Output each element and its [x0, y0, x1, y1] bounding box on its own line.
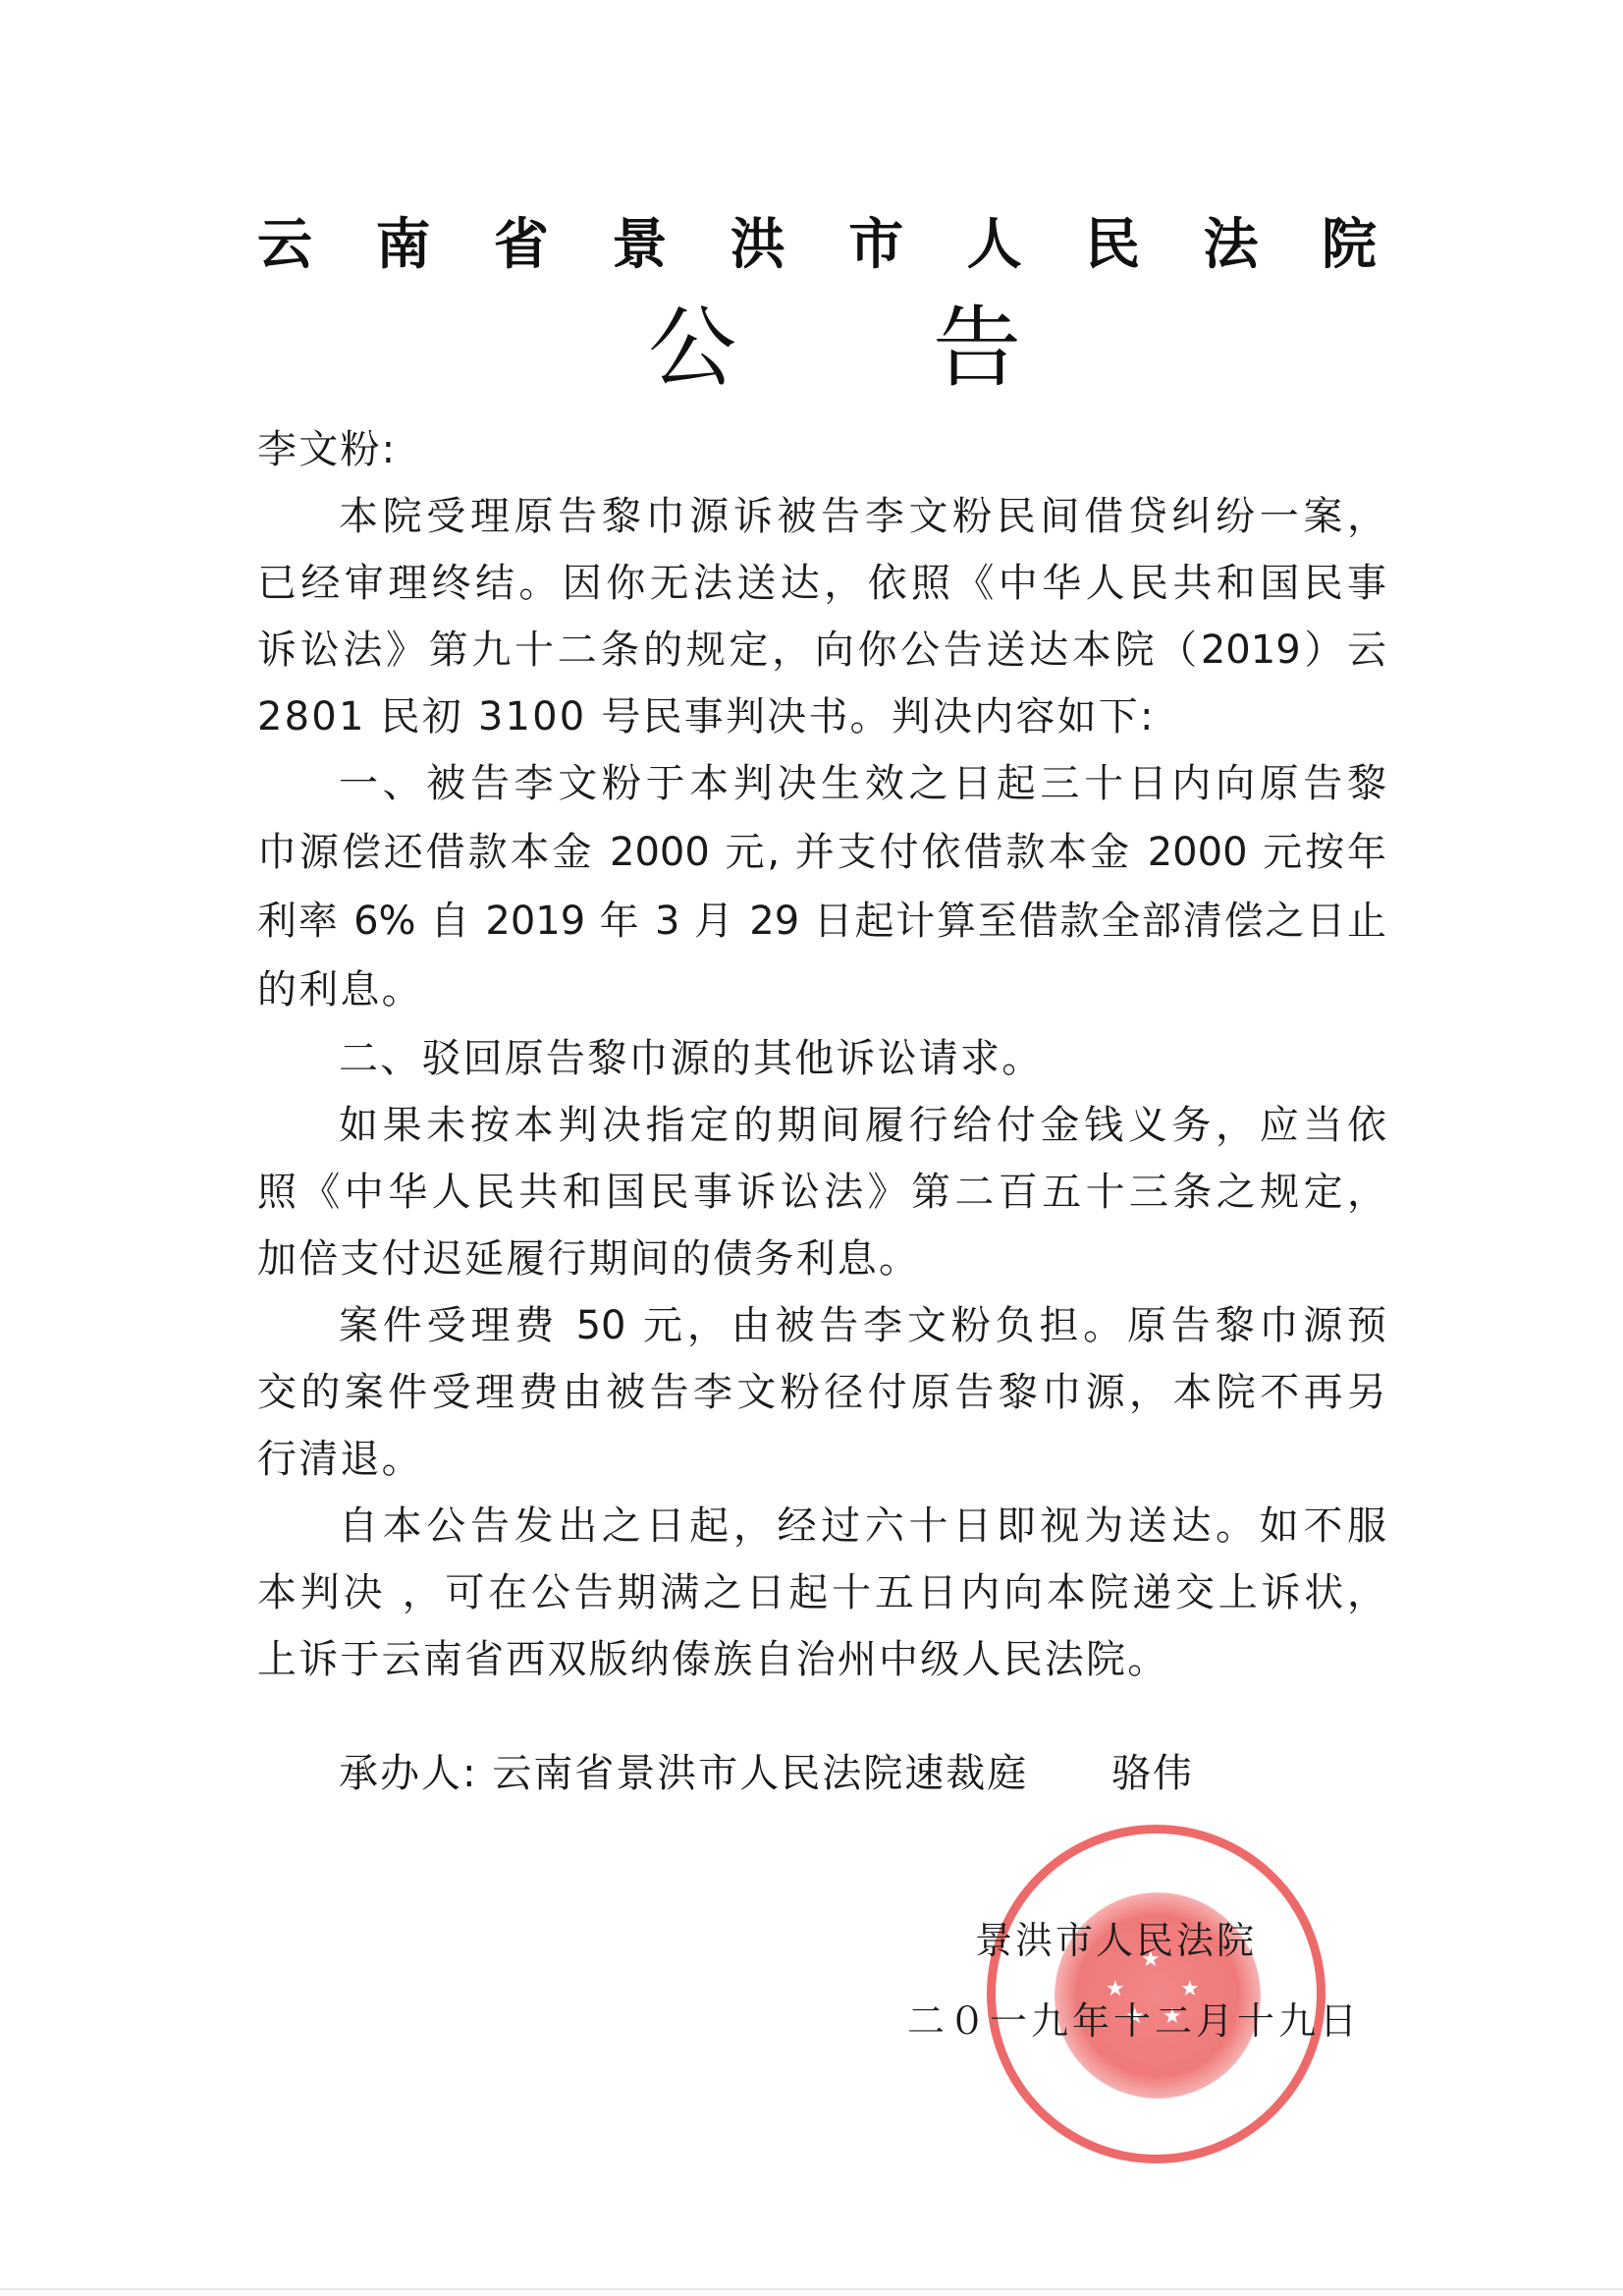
body-line: 2801 民初 3100 号民事判决书。判决内容如下:	[257, 691, 1156, 742]
handler-name: 骆伟	[1111, 1751, 1194, 1796]
handler-department: 云南省景洪市人民法院速裁庭	[492, 1751, 1028, 1796]
court-name-heading: 云 南 省 景 洪 市 人 民 法 院	[257, 211, 1377, 280]
addressee: 李文粉:	[257, 424, 397, 475]
court-name-char: 云	[257, 211, 312, 280]
enforcement-line: 照《中华人民共和国民事诉讼法》第二百五十三条之规定，	[257, 1167, 1386, 1218]
body-line: 诉讼法》第九十二条的规定，向你公告送达本院（2019）云	[257, 625, 1386, 676]
court-notice-page: 云 南 省 景 洪 市 人 民 法 院 公 告 李文粉: 本院受理原告黎巾源诉被…	[0, 0, 1623, 2296]
judgment-item-1-line: 巾源偿还借款本金 2000 元, 并支付依借款本金 2000 元按年	[257, 827, 1386, 878]
enforcement-line: 加倍支付迟延履行期间的债务利息。	[257, 1233, 920, 1285]
notice-title: 公 告	[648, 295, 1021, 403]
issue-date: 二０一九年十二月十九日	[907, 1997, 1361, 2045]
court-name-char: 市	[848, 211, 903, 280]
court-seal-stamp: ★ ★ ★ ★ ★	[987, 1825, 1325, 2163]
court-name-char: 院	[1322, 211, 1377, 280]
court-fee-line: 交的案件受理费由被告李文粉径付原告黎巾源，本院不再另	[257, 1367, 1386, 1418]
judgment-item-1-line: 一、被告李文粉于本判决生效之日起三十日内向原告黎	[339, 758, 1386, 809]
appeal-line: 自本公告发出之日起，经过六十日即视为送达。如不服	[339, 1501, 1386, 1552]
court-name-char: 法	[1204, 211, 1259, 280]
judgment-item-1-line: 利率 6% 自 2019 年 3 月 29 日起计算至借款全部清偿之日止	[257, 896, 1386, 947]
enforcement-line: 如果未按本判决指定的期间履行给付金钱义务，应当依	[339, 1100, 1386, 1151]
court-name-char: 省	[494, 211, 549, 280]
court-name-char: 洪	[730, 211, 785, 280]
appeal-line: 上诉于云南省西双版纳傣族自治州中级人民法院。	[257, 1634, 1168, 1685]
issuing-court: 景洪市人民法院	[975, 1917, 1257, 1964]
court-name-char: 景	[612, 211, 667, 280]
scan-edge-line	[0, 2288, 1623, 2290]
court-name-char: 人	[967, 211, 1022, 280]
court-name-char: 南	[375, 211, 430, 280]
court-fee-line: 案件受理费 50 元，由被告李文粉负担。原告黎巾源预	[339, 1300, 1386, 1351]
judgment-item-1-line: 的利息。	[257, 964, 423, 1015]
appeal-line: 本判决 ，可在公告期满之日起十五日内向本院递交上诉状，	[257, 1567, 1386, 1618]
notice-title-char: 公	[648, 295, 736, 403]
court-fee-line: 行清退。	[257, 1434, 423, 1485]
court-name-char: 民	[1085, 211, 1140, 280]
body-line: 已经审理终结。因你无法送达，依照《中华人民共和国民事	[257, 558, 1386, 609]
handler-label: 承办人:	[339, 1751, 477, 1796]
notice-title-char: 告	[933, 295, 1021, 403]
judgment-item-2: 二、驳回原告黎巾源的其他诉讼请求。	[339, 1033, 1043, 1084]
body-line: 本院受理原告黎巾源诉被告李文粉民间借贷纠纷一案，	[339, 491, 1386, 542]
case-handler: 承办人: 云南省景洪市人民法院速裁庭 骆伟	[339, 1748, 1194, 1799]
